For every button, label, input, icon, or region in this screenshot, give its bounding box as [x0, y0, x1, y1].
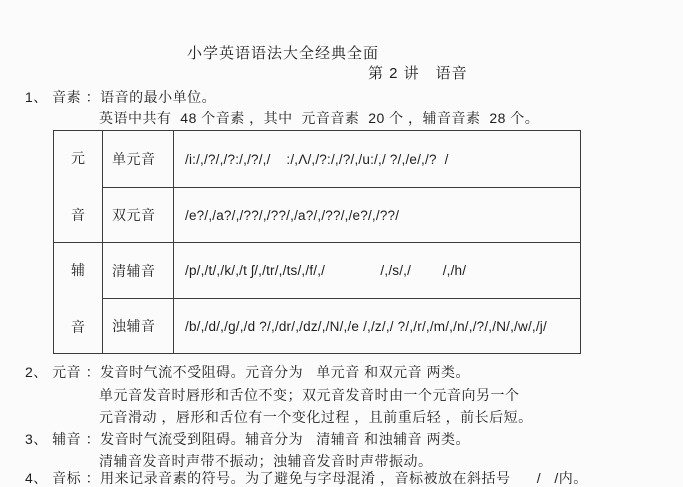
document-page: 小学英语语法大全经典全面 第 2 讲 语音 1、 音素 ：语音的最小单位。 英语…	[0, 0, 683, 487]
item-3-heading: 3、 辅音 ：发音时气流受到阻碍。辅音分为 清辅音 和浊辅音 两类。	[25, 431, 470, 447]
item-4-heading: 4、 音标 ：用来记录音素的符号。为了避免与字母混淆 ，音标被放在斜括号 / /…	[25, 470, 588, 486]
item-2-body-line-1: 单元音发音时唇形和舌位不变；双元音发音时由一个元音向另一个	[99, 387, 520, 403]
item-2-heading: 2、 元音 ：发音时气流不受阻碍。元音分为 单元音 和双元音 两类。	[25, 364, 470, 380]
consonant-group-char-2: 音	[71, 317, 85, 337]
phonemes-monophthong: /i:/,/?/,/?:/,/?/,/ :/,Λ/,/?:/,/?/,/u:/,…	[174, 131, 581, 188]
item-2-body-line-2: 元音滑动 ，唇形和舌位有一个变化过程 ，且前重后轻 ，前长后短。	[99, 409, 533, 425]
item-3-body-line: 清辅音发音时声带不振动；浊辅音发音时声带振动。	[99, 453, 433, 469]
vowel-group-char-1: 元	[71, 148, 85, 168]
row-label-diphthong: 双元音	[103, 188, 174, 243]
row-label-monophthong: 单元音	[103, 131, 174, 188]
vowel-group-cell: 元 音	[54, 131, 103, 243]
page-title: 小学英语语法大全经典全面	[187, 46, 379, 62]
phonemes-diphthong: /e?/,/a?/,/??/,/??/,/a?/,/??/,/e?/,/??/	[174, 188, 581, 243]
item-1-heading: 1、 音素 ：语音的最小单位。	[25, 89, 216, 105]
vowel-group-char-2: 音	[71, 205, 85, 225]
item-1-body-line: 英语中共有 48 个音素 ，其中 元音音素 20 个 ，辅音音素 28 个。	[99, 110, 539, 126]
phoneme-table: 元 音 单元音 /i:/,/?/,/?:/,/?/,/ :/,Λ/,/?:/,/…	[53, 130, 581, 354]
consonant-group-char-1: 辅	[71, 260, 85, 280]
phonemes-voiced: /b/,/d/,/g/,/d ?/,/dr/,/dz/,/N/,/e /,/z/…	[174, 299, 581, 354]
row-label-voiced: 浊辅音	[103, 299, 174, 354]
row-label-voiceless: 清辅音	[103, 243, 174, 299]
consonant-group-cell: 辅 音	[54, 243, 103, 354]
phonemes-voiceless: /p/,/t/,/k/,/t ʃ/,/tr/,/ts/,/f/,/ /,/s/,…	[174, 243, 581, 299]
lecture-subtitle: 第 2 讲 语音	[368, 66, 468, 82]
